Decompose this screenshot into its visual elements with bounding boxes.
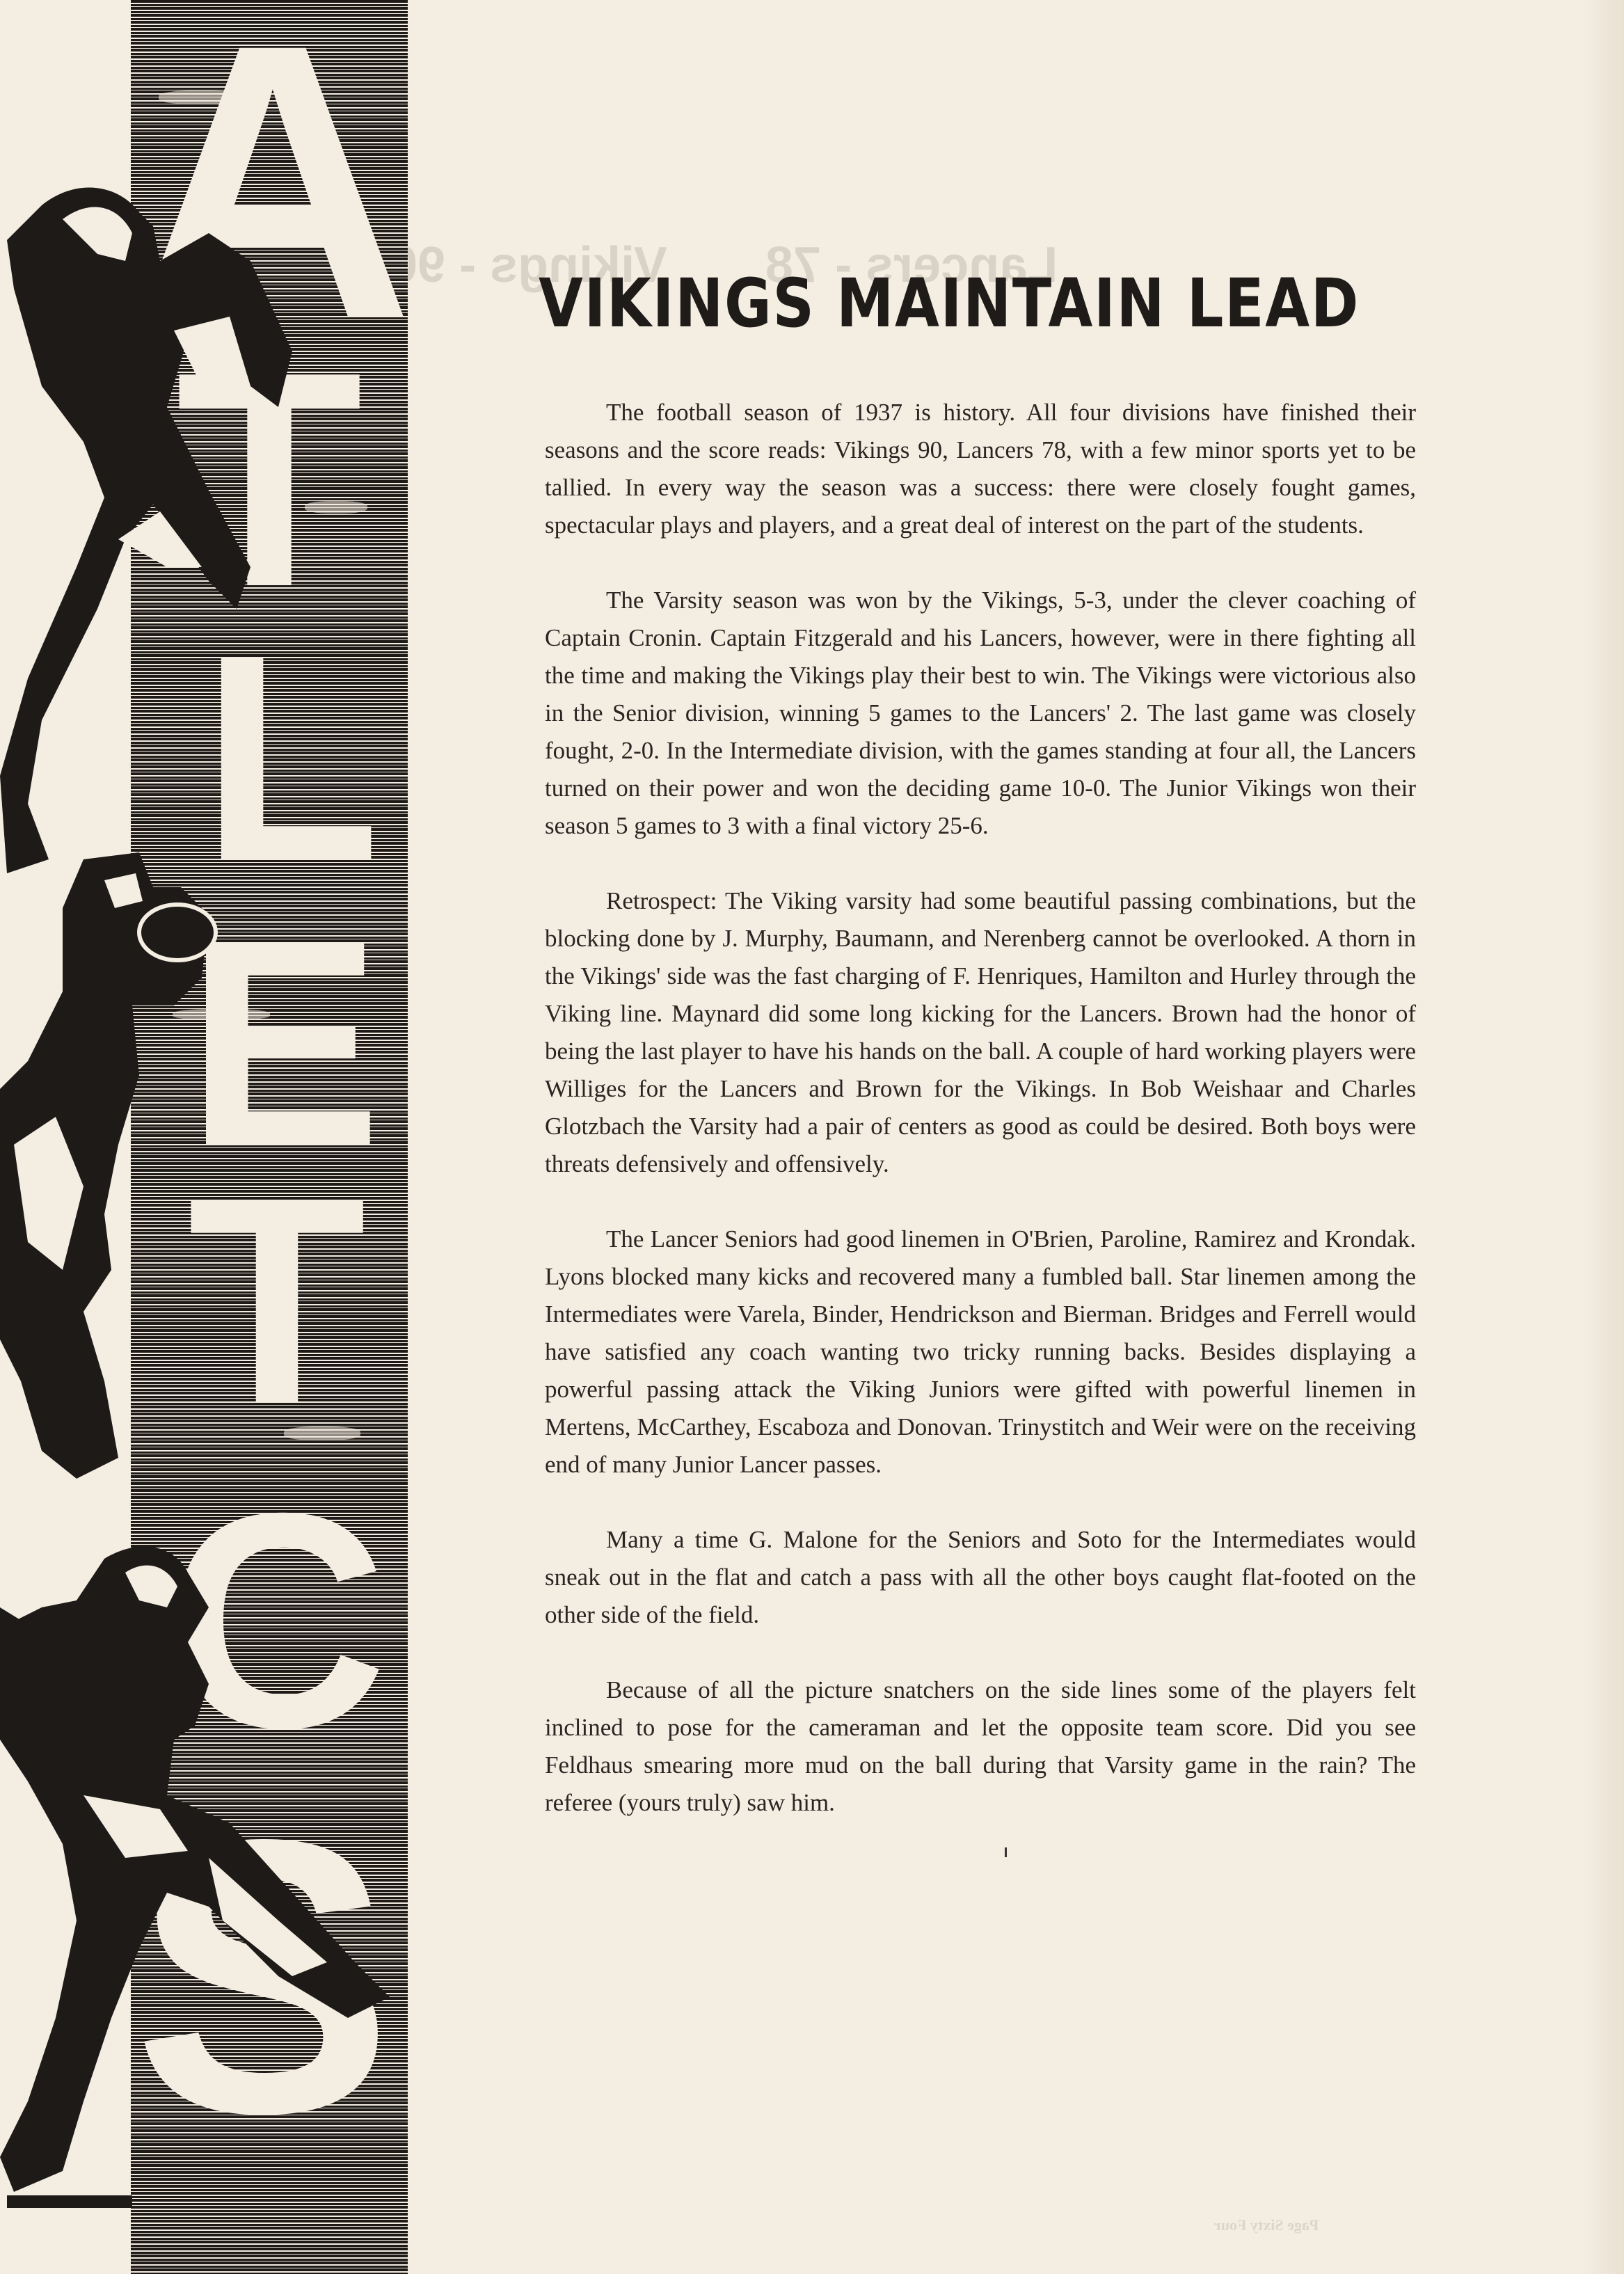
paragraph-malone-soto: Many a time G. Malone for the Seniors an… <box>545 1521 1416 1634</box>
ink-speck <box>1005 1847 1007 1857</box>
show-through-page-footer: Page Sixty Four <box>1214 2216 1319 2234</box>
article-body: The football season of 1937 is history. … <box>545 394 1416 1859</box>
page-edge-shadow <box>1582 0 1624 2274</box>
paragraph-lancer-seniors: The Lancer Seniors had good linemen in O… <box>545 1221 1416 1484</box>
baseball-batter-figure <box>0 1531 417 2234</box>
paragraph-picture-snatchers: Because of all the picture snatchers on … <box>545 1671 1416 1822</box>
paragraph-retrospect: Retrospect: The Viking varsity had some … <box>545 882 1416 1183</box>
track-athlete-figure <box>0 177 320 873</box>
basketball-player-silhouette-icon <box>0 852 223 1479</box>
paragraph-season-summary: The football season of 1937 is history. … <box>545 394 1416 544</box>
basketball-player-figure <box>0 852 223 1479</box>
runner-silhouette-icon <box>0 177 320 873</box>
page-title: VIKINGS MAINTAIN LEAD <box>539 270 1360 337</box>
baseball-batter-silhouette-icon <box>0 1531 417 2234</box>
paragraph-division-results: The Varsity season was won by the Viking… <box>545 582 1416 845</box>
